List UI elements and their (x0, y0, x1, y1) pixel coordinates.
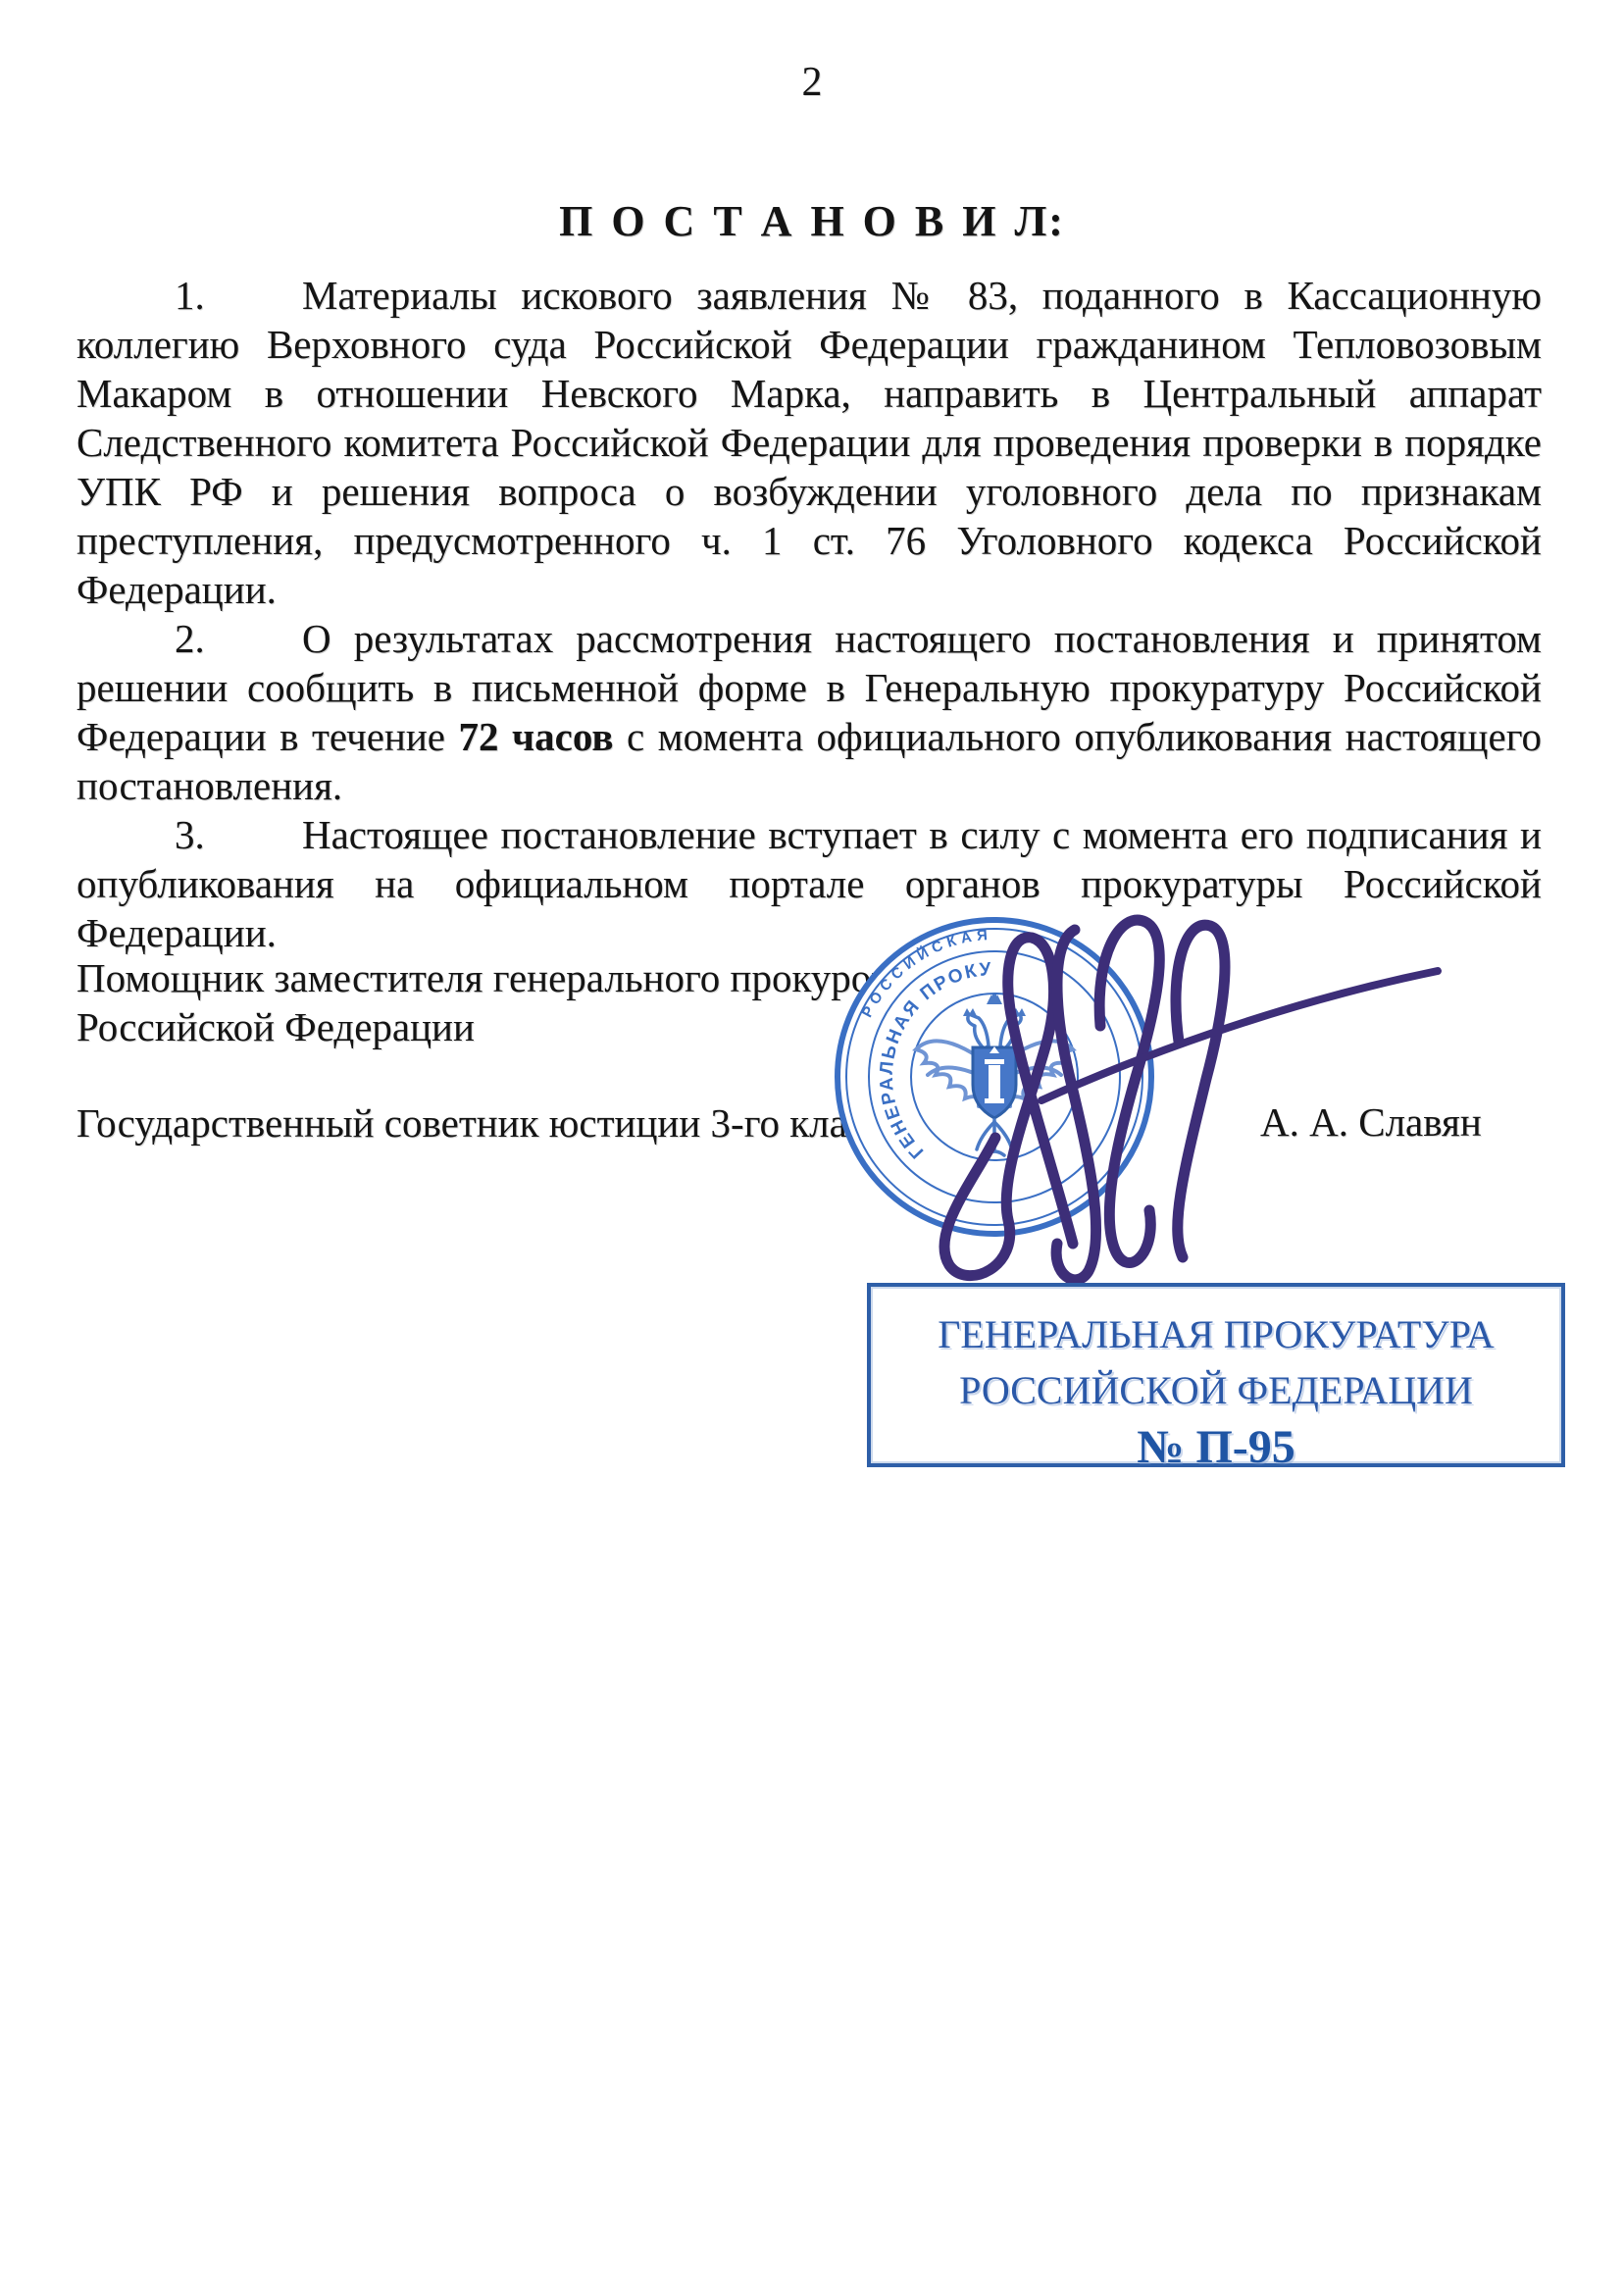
page-number: 2 (0, 59, 1624, 106)
signatory-rank: Государственный советник юстиции 3-го кл… (76, 1098, 901, 1147)
paragraph-2: 2.О результатах рассмотрения настоящего … (76, 614, 1542, 810)
handwritten-signature (912, 878, 1471, 1295)
paragraph-2-bold-deadline: 72 часов (459, 714, 614, 759)
registration-stamp: ГЕНЕРАЛЬНАЯ ПРОКУРАТУРА РОССИЙСКОЙ ФЕДЕР… (867, 1283, 1565, 1467)
paragraph-1-text: Материалы искового заявления № 83, подан… (76, 273, 1542, 612)
resolution-heading: П О С Т А Н О В И Л: (0, 196, 1624, 246)
paragraph-3-number: 3. (175, 810, 302, 859)
resolution-body: 1.Материалы искового заявления № 83, под… (76, 271, 1542, 957)
stamp-org-line1: ГЕНЕРАЛЬНАЯ ПРОКУРАТУРА (871, 1306, 1561, 1362)
signatory-position-line1: Помощник заместителя генерального прокур… (76, 953, 909, 1002)
paragraph-2-number: 2. (175, 614, 302, 663)
signatory-position-line2: Российской Федерации (76, 1002, 475, 1051)
stamp-number: № П-95 (871, 1418, 1561, 1477)
paragraph-1: 1.Материалы искового заявления № 83, под… (76, 271, 1542, 614)
stamp-org-line2: РОССИЙСКОЙ ФЕДЕРАЦИИ (871, 1362, 1561, 1418)
paragraph-1-number: 1. (175, 271, 302, 320)
document-page: 2 П О С Т А Н О В И Л: 1.Материалы исков… (0, 0, 1624, 2294)
